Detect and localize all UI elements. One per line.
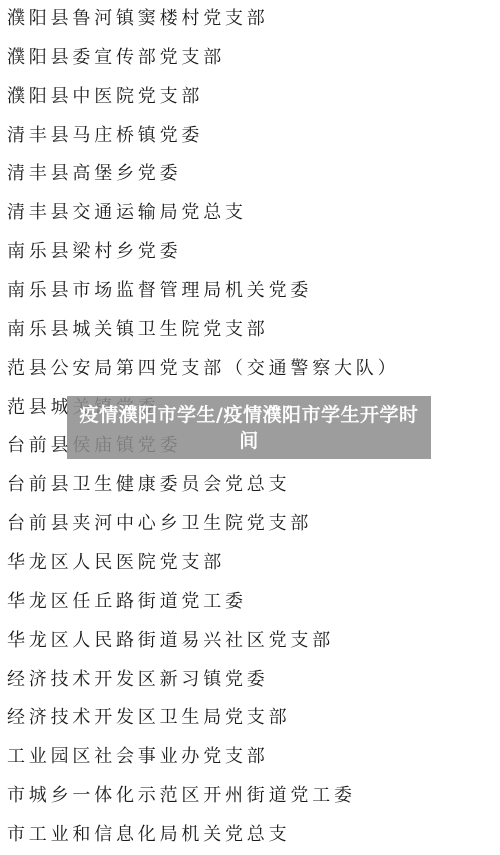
list-line: 华龙区任丘路街道党工委 — [7, 590, 247, 614]
list-line: 经济技术开发区卫生局党支部 — [7, 706, 290, 730]
list-line: 经济技术开发区新习镇党委 — [7, 668, 269, 692]
title-overlay-banner: 疫情濮阳市学生/疫情濮阳市学生开学时间 — [67, 396, 431, 459]
list-line: 工业园区社会事业办党支部 — [7, 745, 269, 769]
list-line: 清丰县高堡乡党委 — [7, 162, 181, 186]
list-line: 市工业和信息化局机关党总支 — [7, 823, 290, 847]
list-line: 清丰县马庄桥镇党委 — [7, 124, 203, 148]
list-line: 市城乡一体化示范区开州街道党工委 — [7, 784, 356, 808]
list-line: 华龙区人民路街道易兴社区党支部 — [7, 629, 334, 653]
list-line: 清丰县交通运输局党总支 — [7, 201, 247, 225]
list-line: 台前县卫生健康委员会党总支 — [7, 473, 290, 497]
list-line: 濮阳县中医院党支部 — [7, 85, 203, 109]
list-line: 濮阳县鲁河镇窦楼村党支部 — [7, 7, 269, 31]
list-line: 南乐县城关镇卫生院党支部 — [7, 318, 269, 342]
list-line: 南乐县市场监督管理局机关党委 — [7, 279, 312, 303]
list-line: 南乐县梁村乡党委 — [7, 240, 181, 264]
list-line: 华龙区人民医院党支部 — [7, 551, 225, 575]
list-line: 濮阳县委宣传部党支部 — [7, 46, 225, 70]
list-line: 范县公安局第四党支部（交通警察大队） — [7, 357, 399, 381]
overlay-title: 疫情濮阳市学生/疫情濮阳市学生开学时间 — [77, 402, 421, 454]
list-line: 台前县夹河中心乡卫生院党支部 — [7, 512, 312, 536]
